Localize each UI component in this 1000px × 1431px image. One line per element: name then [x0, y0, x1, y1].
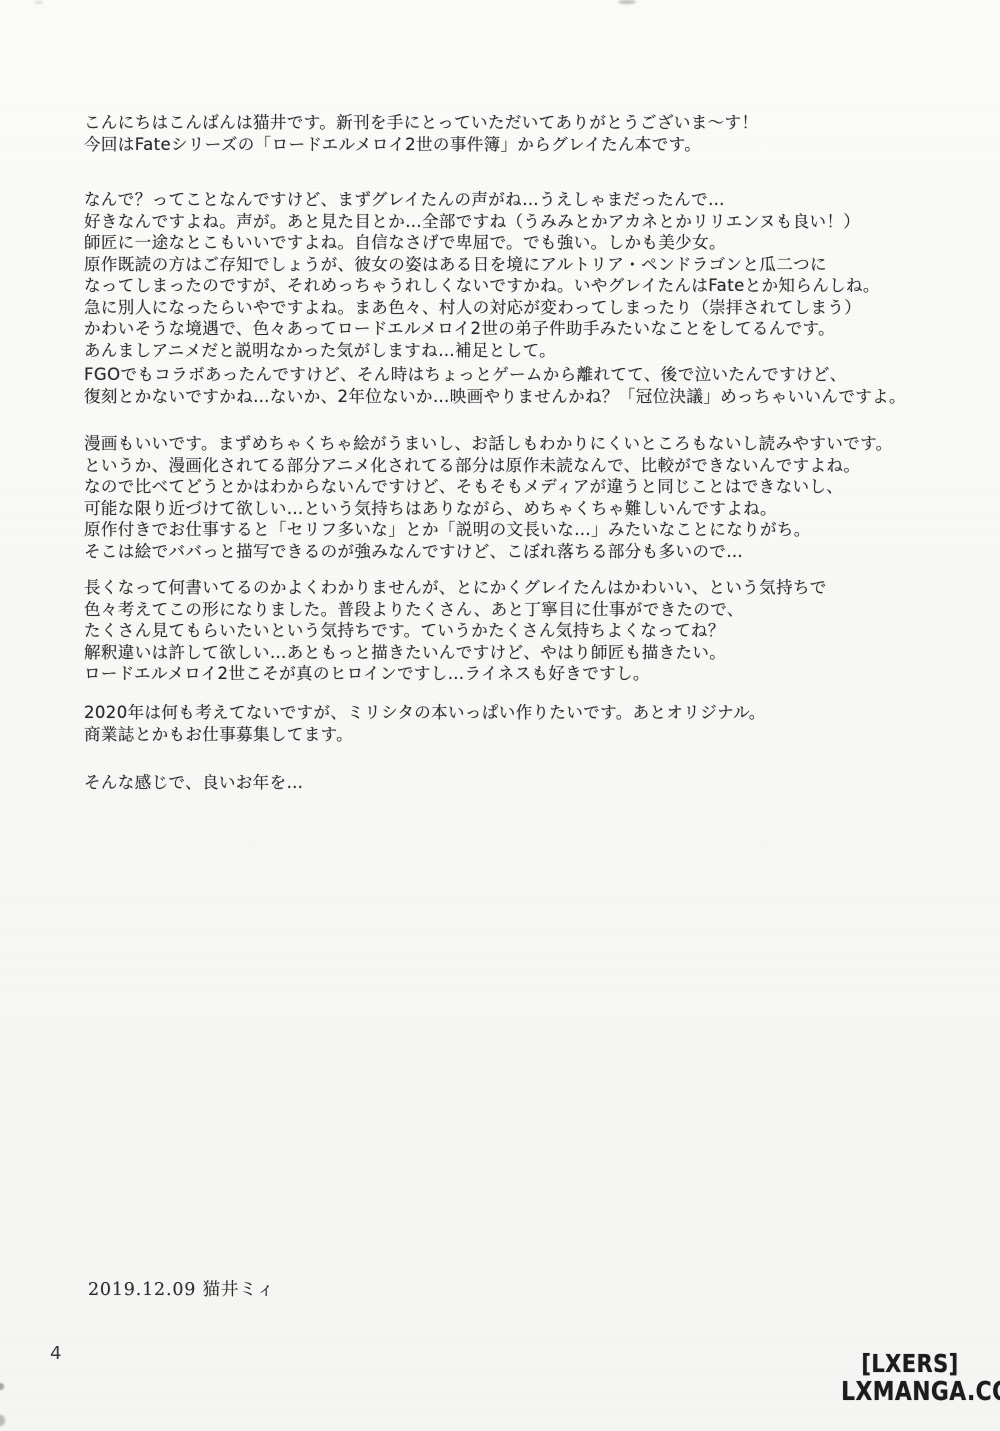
text-line: 師匠に一途なとこもいいですよね。自信なさげで卑屈で。でも強い。しかも美少女。 — [84, 232, 990, 254]
scan-speck — [0, 1383, 4, 1390]
text-line: 2020年は何も考えてないですが、ミリシタの本いっぱい作りたいです。あとオリジナ… — [84, 702, 990, 724]
text-line: あんましアニメだと説明なかった気がしますね…補足として。 — [84, 340, 990, 362]
paragraph-feelings: 長くなって何書いてるのかよくわかりませんが、とにかくグレイたんはかわいい、という… — [84, 577, 990, 685]
paragraph-farewell: そんな感じで、良いお年を… — [84, 772, 990, 794]
watermark-site-name: LXMANGA.COM — [841, 1378, 979, 1407]
author-signature: 2019.12.09 猫井ミィ — [88, 1276, 275, 1301]
text-line: なので比べてどうとかはわからないんですけど、そもそもメディアが違うと同じことはで… — [84, 476, 990, 498]
scanned-doujin-afterword-page: こんにちはこんばんは猫井です。新刊を手にとっていただいてありがとうございま〜す！… — [0, 0, 1000, 1431]
text-line: 漫画もいいです。まずめちゃくちゃ絵がうまいし、お話しもわかりにくいところもないし… — [84, 433, 990, 455]
text-line: 商業誌とかもお仕事募集してます。 — [84, 724, 990, 746]
text-line: 原作付きでお仕事すると「セリフ多いな」とか「説明の文長いな…」みたいなことになり… — [84, 519, 990, 541]
paragraph-why-gray: なんで？ってことなんですけど、まずグレイたんの声がね…うえしゃまだったんで… 好… — [84, 189, 990, 361]
text-line: 急に別人になったらいやですよね。まあ色々、村人の対応が変わってしまったり（崇拝さ… — [84, 297, 990, 319]
scan-speck — [618, 0, 636, 4]
paragraph-greeting: こんにちはこんばんは猫井です。新刊を手にとっていただいてありがとうございま〜す！… — [84, 112, 990, 155]
text-line: 今回はFateシリーズの「ロードエルメロイ2世の事件簿」からグレイたん本です。 — [84, 134, 990, 156]
text-line: なってしまったのですが、それめっちゃうれしくないですかね。いやグレイたんはFat… — [84, 275, 990, 297]
text-line: そこは絵でババっと描写できるのが強みなんですけど、こぼれ落ちる部分も多いので… — [84, 541, 990, 563]
paragraph-manga: 漫画もいいです。まずめちゃくちゃ絵がうまいし、お話しもわかりにくいところもないし… — [84, 433, 990, 562]
text-line: かわいそうな境遇で、色々あってロードエルメロイ2世の弟子件助手みたいなことをして… — [84, 318, 990, 340]
scan-speck — [34, 1, 43, 4]
text-line: そんな感じで、良いお年を… — [84, 772, 990, 794]
text-line: ロードエルメロイ2世こそが真のヒロインですし…ライネスも好きですし。 — [84, 663, 990, 685]
text-line: というか、漫画化されてる部分アニメ化されてる部分は原作未読なんで、比較ができない… — [84, 455, 990, 477]
paragraph-2020-plans: 2020年は何も考えてないですが、ミリシタの本いっぱい作りたいです。あとオリジナ… — [84, 702, 990, 745]
watermark-group-name: [LXERS] — [841, 1350, 979, 1378]
text-line: 解釈違いは許して欲しい…あともっと描きたいんですけど、やはり師匠も描きたい。 — [84, 642, 990, 664]
text-line: FGOでもコラボあったんですけど、そん時はちょっとゲームから離れてて、後で泣いた… — [84, 364, 990, 386]
text-line: たくさん見てもらいたいという気持ちです。ていうかたくさん気持ちよくなってね？ — [84, 620, 990, 642]
text-line: 長くなって何書いてるのかよくわかりませんが、とにかくグレイたんはかわいい、という… — [84, 577, 990, 599]
text-line: こんにちはこんばんは猫井です。新刊を手にとっていただいてありがとうございま〜す！ — [84, 112, 990, 134]
text-line: 可能な限り近づけて欲しい…という気持ちはありながら、めちゃくちゃ難しいんですよね… — [84, 498, 990, 520]
text-line: なんで？ってことなんですけど、まずグレイたんの声がね…うえしゃまだったんで… — [84, 189, 990, 211]
text-line: 好きなんですよね。声が。あと見た目とか…全部ですね（うみみとかアカネとかリリエン… — [84, 211, 990, 233]
text-line: 色々考えてこの形になりました。普段よりたくさん、あと丁寧目に仕事ができたので、 — [84, 599, 990, 621]
page-number: 4 — [50, 1343, 61, 1364]
scan-speck — [0, 1415, 5, 1426]
text-line: 原作既読の方はご存知でしょうが、彼女の姿はある日を境にアルトリア・ペンドラゴンと… — [84, 254, 990, 276]
scanlation-watermark: [LXERS] LXMANGA.COM — [841, 1350, 979, 1407]
text-line: 復刻とかないですかね…ないか、2年位ないか…映画やりませんかね？「冠位決議」めっ… — [84, 386, 990, 408]
paragraph-fgo: FGOでもコラボあったんですけど、そん時はちょっとゲームから離れてて、後で泣いた… — [84, 364, 990, 407]
